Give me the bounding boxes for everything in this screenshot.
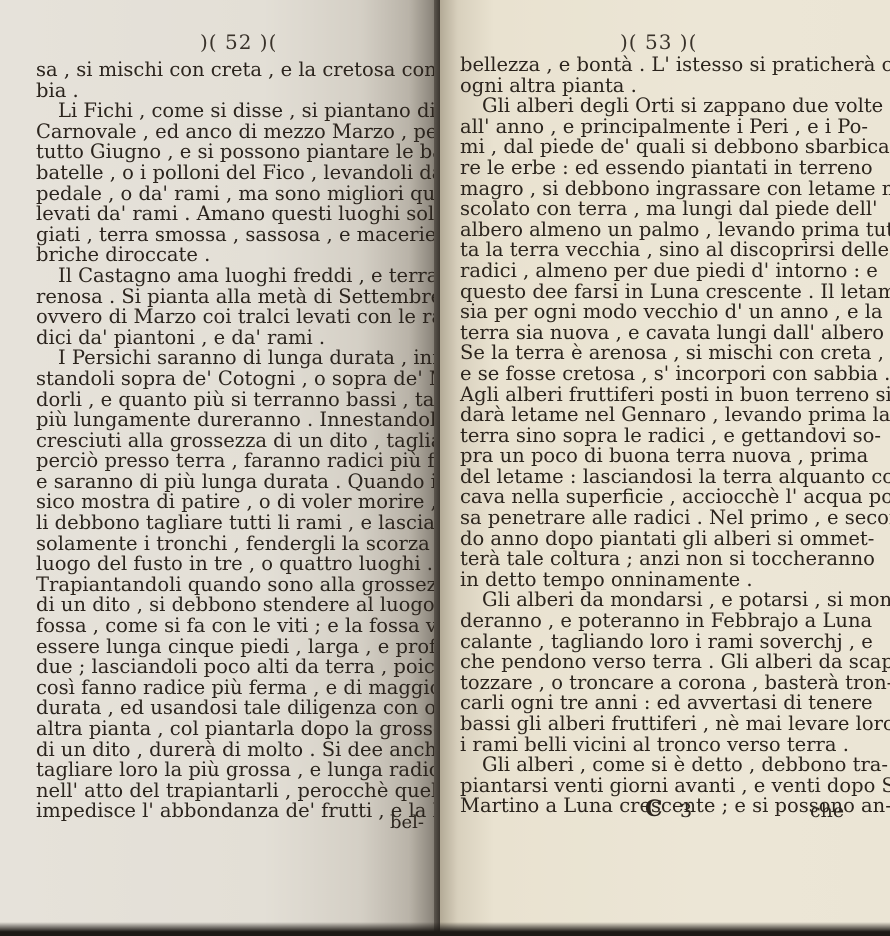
text-line: giati , terra smossa , sassosa , e macer… [36, 225, 440, 246]
signature-number: 3 [680, 800, 692, 822]
text-line: ta la terra vecchia , sino al discoprirs… [460, 240, 890, 261]
text-line: radici , almeno per due piedi d' intorno… [460, 261, 890, 282]
text-line: bellezza , e bontà . L' istesso si prati… [460, 55, 890, 76]
text-line: essere lunga cinque piedi , larga , e pr… [36, 637, 440, 658]
text-line: pedale , o da' rami , ma sono migliori q… [36, 184, 440, 205]
text-line: re le erbe : ed essendo piantati in terr… [460, 158, 890, 179]
text-line: magro , si debbono ingrassare con letame… [460, 179, 890, 200]
text-line: durata , ed usandosi tale diligenza con … [36, 698, 440, 719]
text-line: calante , tagliando loro i rami soverchj… [460, 632, 890, 653]
right-page: )( 53 )( bellezza , e bontà . L' istesso… [440, 0, 890, 936]
text-line: tozzare , o troncare a corona , basterà … [460, 673, 890, 694]
text-line: questo dee farsi in Luna crescente . Il … [460, 282, 890, 303]
page-number-right: )( 53 )( [620, 30, 697, 54]
text-line: impedisce l' abbondanza de' frutti , e l… [36, 801, 440, 822]
text-line: tutto Giugno , e si possono piantare le … [36, 142, 440, 163]
text-line: di un dito , durerà di molto . Si dee an… [36, 740, 440, 761]
text-line: altra pianta , col piantarla dopo la gro… [36, 719, 440, 740]
text-line: due ; lasciandoli poco alti da terra , p… [36, 657, 440, 678]
text-line: levati da' rami . Amano questi luoghi so… [36, 204, 440, 225]
text-line: renosa . Si pianta alla metà di Settembr… [36, 287, 440, 308]
text-line: briche diroccate . [36, 245, 440, 266]
bottom-shadow [0, 922, 890, 936]
text-line: Agli alberi fruttiferi posti in buon ter… [460, 385, 890, 406]
text-line: deranno , e poteranno in Febbrajo a Luna [460, 611, 890, 632]
text-line: terra sino sopra le radici , e gettandov… [460, 426, 890, 447]
text-line: luogo del fusto in tre , o quattro luogh… [36, 554, 440, 575]
text-line: sa , si mischi con creta , e la cretosa … [36, 60, 440, 81]
text-line: di un dito , si debbono stendere al luog… [36, 595, 440, 616]
text-line: più lungamente dureranno . Innestandoli … [36, 410, 440, 431]
text-line: solamente i tronchi , fendergli la scorz… [36, 534, 440, 555]
text-line: li debbono tagliare tutti li rami , e la… [36, 513, 440, 534]
text-line: piantarsi venti giorni avanti , e venti … [460, 776, 890, 797]
text-line: i rami belli vicini al tronco verso terr… [460, 735, 890, 756]
signature-mark: C [645, 796, 663, 822]
catchword-right: che [810, 800, 844, 822]
text-line: e saranno di più lunga durata . Quando i… [36, 472, 440, 493]
text-line: perciò presso terra , faranno radici più… [36, 451, 440, 472]
text-line: cava nella superficie , acciocchè l' acq… [460, 487, 890, 508]
text-line: do anno dopo piantati gli alberi si omme… [460, 529, 890, 550]
catchword-left: bel- [390, 812, 424, 833]
text-line: terà tale coltura ; anzi non si tocchera… [460, 549, 890, 570]
text-line: ovvero di Marzo coi tralci levati con le… [36, 307, 440, 328]
text-line: dorli , e quanto più si terranno bassi ,… [36, 390, 440, 411]
right-page-text: bellezza , e bontà . L' istesso si prati… [460, 55, 890, 817]
text-line: Trapiantandoli quando sono alla grossezz… [36, 575, 440, 596]
text-line: carli ogni tre anni : ed avvertasi di te… [460, 693, 890, 714]
text-line: sia per ogni modo vecchio d' un anno , e… [460, 302, 890, 323]
text-line: sico mostra di patire , o di voler morir… [36, 492, 440, 513]
text-line: Gli alberi degli Orti si zappano due vol… [460, 96, 890, 117]
text-line: Il Castagno ama luoghi freddi , e terra … [36, 266, 440, 287]
text-line: cresciuti alla grossezza di un dito , ta… [36, 431, 440, 452]
text-line: ogni altra pianta . [460, 76, 890, 97]
text-line: che pendono verso terra . Gli alberi da … [460, 652, 890, 673]
text-line: in detto tempo onninamente . [460, 570, 890, 591]
text-line: fossa , come si fa con le viti ; e la fo… [36, 616, 440, 637]
page-number-left: )( 52 )( [200, 30, 277, 54]
left-page: )( 52 )( sa , si mischi con creta , e la… [0, 0, 440, 936]
text-line: darà letame nel Gennaro , levando prima … [460, 405, 890, 426]
text-line: bia . [36, 81, 440, 102]
text-line: tagliare loro la più grossa , e lunga ra… [36, 760, 440, 781]
text-line: all' anno , e principalmente i Peri , e … [460, 117, 890, 138]
text-line: pra un poco di buona terra nuova , prima [460, 446, 890, 467]
text-line: Carnovale , ed anco di mezzo Marzo , per [36, 122, 440, 143]
text-line: batelle , o i polloni del Fico , levando… [36, 163, 440, 184]
text-line: dici da' piantoni , e da' rami . [36, 328, 440, 349]
text-line: scolato con terra , ma lungi dal piede d… [460, 199, 890, 220]
text-line: mi , dal piede de' quali si debbono sbar… [460, 137, 890, 158]
text-line: Li Fichi , come si disse , si piantano d… [36, 101, 440, 122]
text-line: sa penetrare alle radici . Nel primo , e… [460, 508, 890, 529]
text-line: nell' atto del trapiantarli , perocchè q… [36, 781, 440, 802]
text-line: albero almeno un palmo , levando prima t… [460, 220, 890, 241]
text-line: bassi gli alberi fruttiferi , nè mai lev… [460, 714, 890, 735]
text-line: così fanno radice più ferma , e di maggi… [36, 678, 440, 699]
text-line: del letame : lasciandosi la terra alquan… [460, 467, 890, 488]
text-line: standoli sopra de' Cotogni , o sopra de'… [36, 369, 440, 390]
text-line: I Persichi saranno di lunga durata , inn… [36, 348, 440, 369]
text-line: terra sia nuova , e cavata lungi dall' a… [460, 323, 890, 344]
text-line: Gli alberi , come si è detto , debbono t… [460, 755, 890, 776]
text-line: Se la terra è arenosa , si mischi con cr… [460, 343, 890, 364]
text-line: Gli alberi da mondarsi , e potarsi , si … [460, 590, 890, 611]
left-page-text: sa , si mischi con creta , e la cretosa … [36, 60, 440, 822]
text-line: e se fosse cretosa , s' incorpori con sa… [460, 364, 890, 385]
book-spread: )( 52 )( sa , si mischi con creta , e la… [0, 0, 890, 936]
